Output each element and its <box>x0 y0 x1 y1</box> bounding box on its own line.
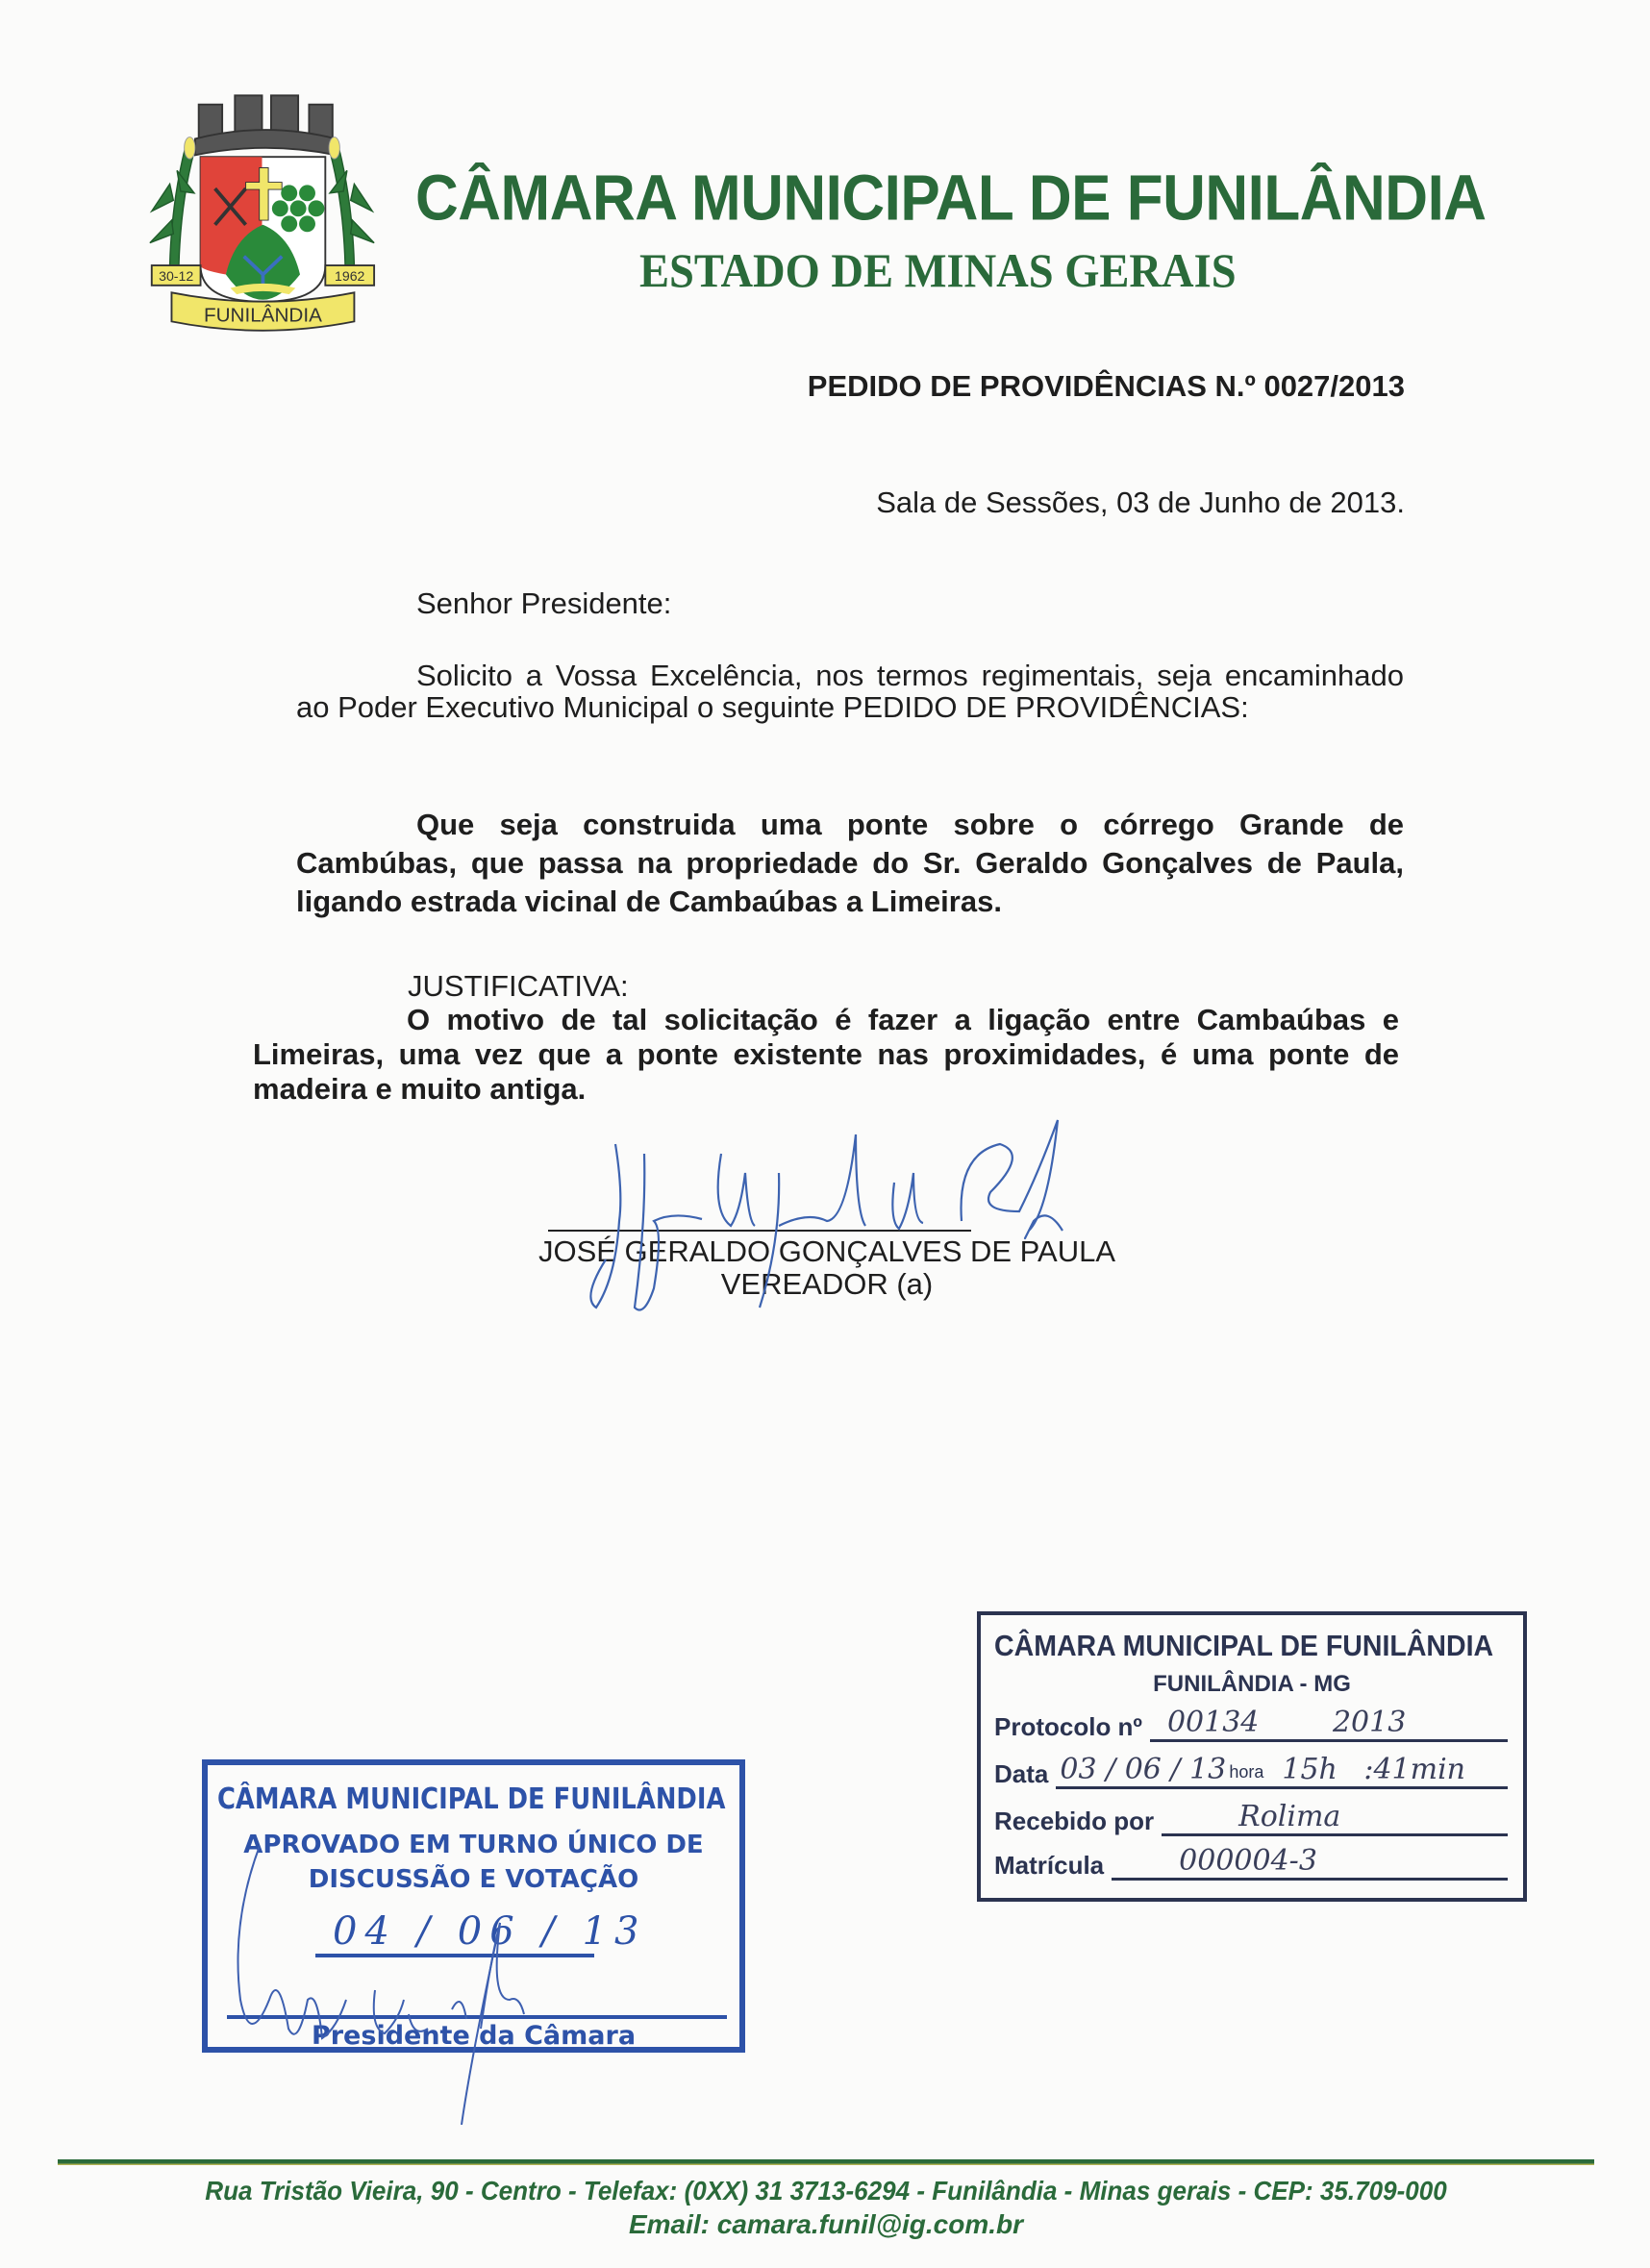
received-by-field: Rolima <box>1162 1805 1508 1836</box>
approval-date-line <box>315 1954 594 1957</box>
signer-name: JOSÉ GERALDO GONÇALVES DE PAULA <box>500 1234 1154 1269</box>
protocol-label: Protocolo nº <box>994 1712 1142 1742</box>
crest-ribbon-left: 30-12 <box>159 268 193 284</box>
protocol-number-value: 00134 <box>1167 1706 1259 1739</box>
received-by-label: Recebido por <box>994 1807 1154 1836</box>
session-date: Sala de Sessões, 03 de Junho de 2013. <box>876 486 1405 520</box>
municipal-crest-logo: 30-12 1962 FUNILÂNDIA <box>144 85 380 342</box>
date-label: Data <box>994 1759 1048 1789</box>
justification-label: JUSTIFICATIVA: <box>408 969 629 1004</box>
registration-value: 000004-3 <box>1179 1844 1317 1878</box>
approval-date-value: 04 / 06 / 13 <box>333 1909 647 1954</box>
crest-ribbon-name: FUNILÂNDIA <box>204 304 322 326</box>
minute-value: :41min <box>1363 1753 1465 1786</box>
registration-field: 000004-3 <box>1112 1849 1508 1881</box>
signature-line <box>548 1230 971 1232</box>
protocol-number-row: Protocolo nº 00134 2013 <box>994 1704 1508 1742</box>
received-by-value: Rolima <box>1238 1800 1340 1833</box>
approval-text-line-1: APROVADO EM TURNO ÚNICO DE <box>208 1831 739 1859</box>
protocol-year-value: 2013 <box>1333 1706 1406 1739</box>
protocol-stamp: CÂMARA MUNICIPAL DE FUNILÂNDIA FUNILÂNDI… <box>977 1611 1527 1902</box>
date-value: 03 / 06 / 13 <box>1060 1753 1226 1786</box>
approval-stamp-title: CÂMARA MUNICIPAL DE FUNILÂNDIA <box>217 1782 725 1816</box>
president-label: Presidente da Câmara <box>208 2021 739 2051</box>
protocol-number-field: 00134 2013 <box>1150 1710 1508 1742</box>
signer-role: VEREADOR (a) <box>500 1267 1154 1302</box>
request-paragraph: Solicito a Vossa Excelência, nos termos … <box>296 660 1404 723</box>
footer-address: Rua Tristão Vieira, 90 - Centro - Telefa… <box>112 2176 1540 2206</box>
state-subtitle: ESTADO DE MINAS GERAIS <box>639 242 1284 298</box>
registration-label: Matrícula <box>994 1851 1104 1881</box>
request-content-paragraph: Que seja construida uma ponte sobre o có… <box>296 806 1404 921</box>
received-by-row: Recebido por Rolima <box>994 1798 1508 1836</box>
crown-icon <box>195 95 337 155</box>
hour-label: hora <box>1229 1762 1263 1782</box>
protocol-date-field: 03 / 06 / 13 hora 15h :41min <box>1056 1757 1508 1789</box>
approval-stamp: CÂMARA MUNICIPAL DE FUNILÂNDIA APROVADO … <box>202 1759 745 2053</box>
institution-title: CÂMARA MUNICIPAL DE FUNILÂNDIA <box>415 162 1540 236</box>
protocol-stamp-title: CÂMARA MUNICIPAL DE FUNILÂNDIA <box>994 1629 1493 1663</box>
document-number: PEDIDO DE PROVIDÊNCIAS N.º 0027/2013 <box>808 369 1405 404</box>
footer-divider <box>58 2159 1594 2165</box>
hour-value: 15h <box>1282 1753 1337 1786</box>
salutation: Senhor Presidente: <box>416 586 671 621</box>
protocol-stamp-subtitle: FUNILÂNDIA - MG <box>981 1671 1523 1698</box>
approval-text-line-2: DISCUSSÃO E VOTAÇÃO <box>208 1865 739 1894</box>
protocol-date-row: Data 03 / 06 / 13 hora 15h :41min <box>994 1751 1508 1789</box>
crest-ribbon-right: 1962 <box>335 268 365 284</box>
footer-email: Email: camara.funil@ig.com.br <box>58 2209 1594 2240</box>
president-signature-line <box>227 2015 727 2019</box>
registration-row: Matrícula 000004-3 <box>994 1842 1508 1881</box>
justification-paragraph: O motivo de tal solicitação é fazer a li… <box>253 1003 1399 1107</box>
